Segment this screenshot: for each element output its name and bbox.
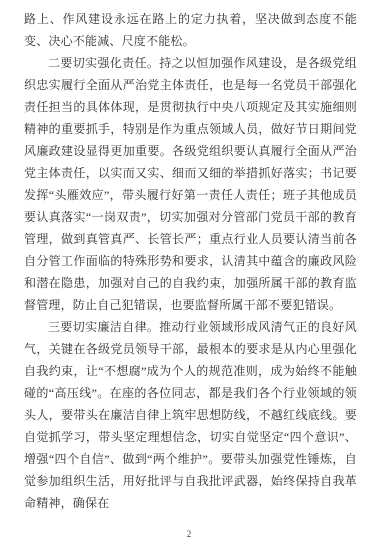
paragraph: 二要切实强化责任。持之以恒加强作风建设，是各级党组织忠实履行全面从严治党主体责任… [24,52,357,316]
document-page: 路上、作风建设永远在路上的定力执着，坚决做到态度不能变、决心不能减、尺度不能松。… [0,0,378,550]
paragraph: 三要切实廉洁自律。推动行业领域形成风清气正的良好风气，关键在各级党员领导干部，最… [24,316,357,514]
document-body: 路上、作风建设永远在路上的定力执着，坚决做到态度不能变、决心不能减、尺度不能松。… [24,8,357,514]
paragraph: 路上、作风建设永远在路上的定力执着，坚决做到态度不能变、决心不能减、尺度不能松。 [24,8,357,52]
page-number: 2 [0,528,378,540]
